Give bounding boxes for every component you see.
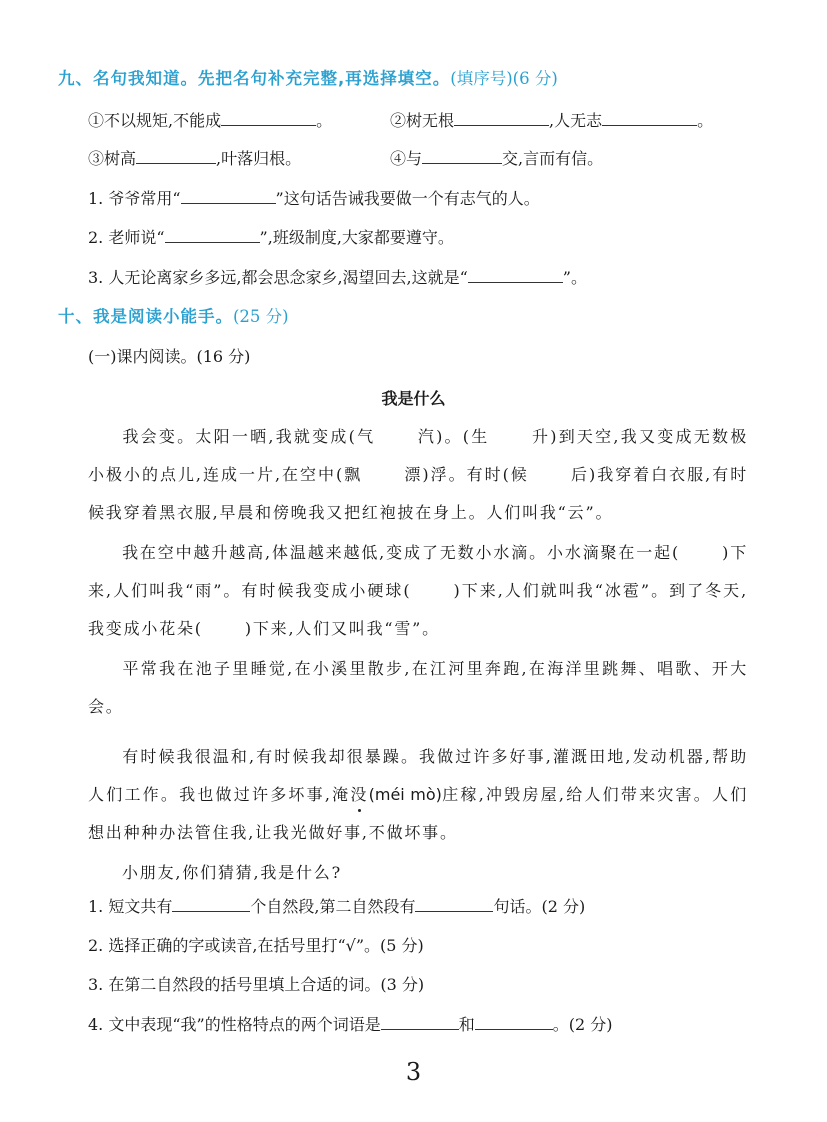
quote-item-3: ③树高,叶落归根。 [88,148,301,170]
item-marker: ④ [390,149,406,168]
paragraph-text: 我会变。太阳一晒,我就变成(气 [122,427,375,446]
fill-blank[interactable] [181,188,276,204]
section-9-question-3: 3. 人无论离家乡多远,都会思念家乡,渴望回去,这就是“”。 [88,267,587,289]
reading-question-2: 2. 选择正确的字或读音,在括号里打“√”。(5 分) [88,935,424,957]
question-text: 4. 文中表现“我”的性格特点的两个词语是 [88,1015,381,1034]
reading-paragraph-5: 小朋友,你们猜猜,我是什么? [88,854,748,892]
item-marker: ② [390,111,406,130]
quote-text: ,人无志 [549,111,602,130]
question-text: 句话。(2 分) [493,897,585,916]
quote-text: 。 [316,111,332,130]
fill-blank[interactable] [422,148,502,164]
quote-text: 。 [697,111,713,130]
fill-blank[interactable] [454,110,549,126]
question-text: 1. 短文共有 [88,897,172,916]
reading-paragraph-1: 我会变。太阳一晒,我就变成(气汽)。(生升)到天空,我又变成无数极小极小的点儿,… [88,418,748,532]
quote-text: 树无根 [406,111,454,130]
reading-paragraph-3: 平常我在池子里睡觉,在小溪里散步,在江河里奔跑,在海洋里跳舞、唱歌、开大会。 [88,650,748,726]
question-text: 。(2 分) [553,1015,613,1034]
fill-blank[interactable] [221,110,316,126]
quote-text: 与 [406,149,422,168]
section-9-question-2: 2. 老师说“”,班级制度,大家都要遵守。 [88,227,454,249]
fill-blank[interactable] [381,1014,459,1030]
reading-question-3: 3. 在第二自然段的括号里填上合适的词。(3 分) [88,974,424,996]
emphasized-char: 没 [350,785,368,804]
question-text: 1. 爷爷常用“ [88,189,181,208]
reading-paragraph-4: 有时候我很温和,有时候我却很暴躁。我做过许多好事,灌溉田地,发动机器,帮助人们工… [88,738,748,852]
page-number: 3 [0,1058,827,1086]
section-10-title: 十、我是阅读小能手。(25 分) [58,306,289,328]
section-9-question-1: 1. 爷爷常用“”这句话告诫我要做一个有志气的人。 [88,188,540,210]
quote-item-2: ②树无根,人无志。 [390,110,713,132]
question-text: 2. 老师说“ [88,228,165,247]
question-text: ”这句话告诫我要做一个有志气的人。 [276,189,540,208]
quote-text: 不以规矩,不能成 [104,111,221,130]
fill-blank[interactable] [602,110,697,126]
paragraph-text: 我在空中越升越高,体温越来越低,变成了无数小水滴。小水滴聚在一起( [122,543,680,562]
item-marker: ① [88,111,104,130]
fill-blank[interactable] [136,148,216,164]
quote-text: ,叶落归根。 [216,149,301,168]
paragraph-text: )下来,人们又叫我“雪”。 [245,619,440,638]
paragraph-text: 平常我在池子里睡觉,在小溪里散步,在江河里奔跑,在海洋里跳舞、唱歌、开大会。 [88,659,748,716]
question-text: 3. 人无论离家乡多远,都会思念家乡,渴望回去,这就是“ [88,268,468,287]
paragraph-text: 漂)浮。有时(候 [404,465,529,484]
pinyin-options: (méi mò) [369,785,442,804]
section-10-title-text: 十、我是阅读小能手。 [58,307,233,326]
section-9-points: (填序号)(6 分) [450,69,558,88]
quote-item-1: ①不以规矩,不能成。 [88,110,332,132]
question-text: ”。 [563,268,587,287]
fill-blank[interactable] [468,267,563,283]
paragraph-text: 汽)。(生 [417,427,489,446]
reading-question-1: 1. 短文共有个自然段,第二自然段有句话。(2 分) [88,896,585,918]
question-text: ”,班级制度,大家都要遵守。 [260,228,454,247]
fill-blank[interactable] [475,1014,553,1030]
question-text: 个自然段,第二自然段有 [250,897,415,916]
paragraph-text: 小朋友,你们猜猜,我是什么? [122,863,342,882]
fill-blank[interactable] [415,896,493,912]
section-9-title: 九、名句我知道。先把名句补充完整,再选择填空。(填序号)(6 分) [58,68,558,90]
reading-paragraph-2: 我在空中越升越高,体温越来越低,变成了无数小水滴。小水滴聚在一起()下来,人们叫… [88,534,748,648]
reading-question-4: 4. 文中表现“我”的性格特点的两个词语是和。(2 分) [88,1014,613,1036]
section-10-points: (25 分) [233,307,289,326]
quote-text: 树高 [104,149,136,168]
section-9-title-text: 九、名句我知道。先把名句补充完整,再选择填空。 [58,69,450,88]
question-text: 和 [459,1015,475,1034]
quote-text: 交,言而有信。 [502,149,603,168]
item-marker: ③ [88,149,104,168]
fill-blank[interactable] [165,227,260,243]
fill-blank[interactable] [172,896,250,912]
subsection-title: (一)课内阅读。(16 分) [88,346,250,368]
reading-title: 我是什么 [0,386,827,409]
quote-item-4: ④与交,言而有信。 [390,148,603,170]
